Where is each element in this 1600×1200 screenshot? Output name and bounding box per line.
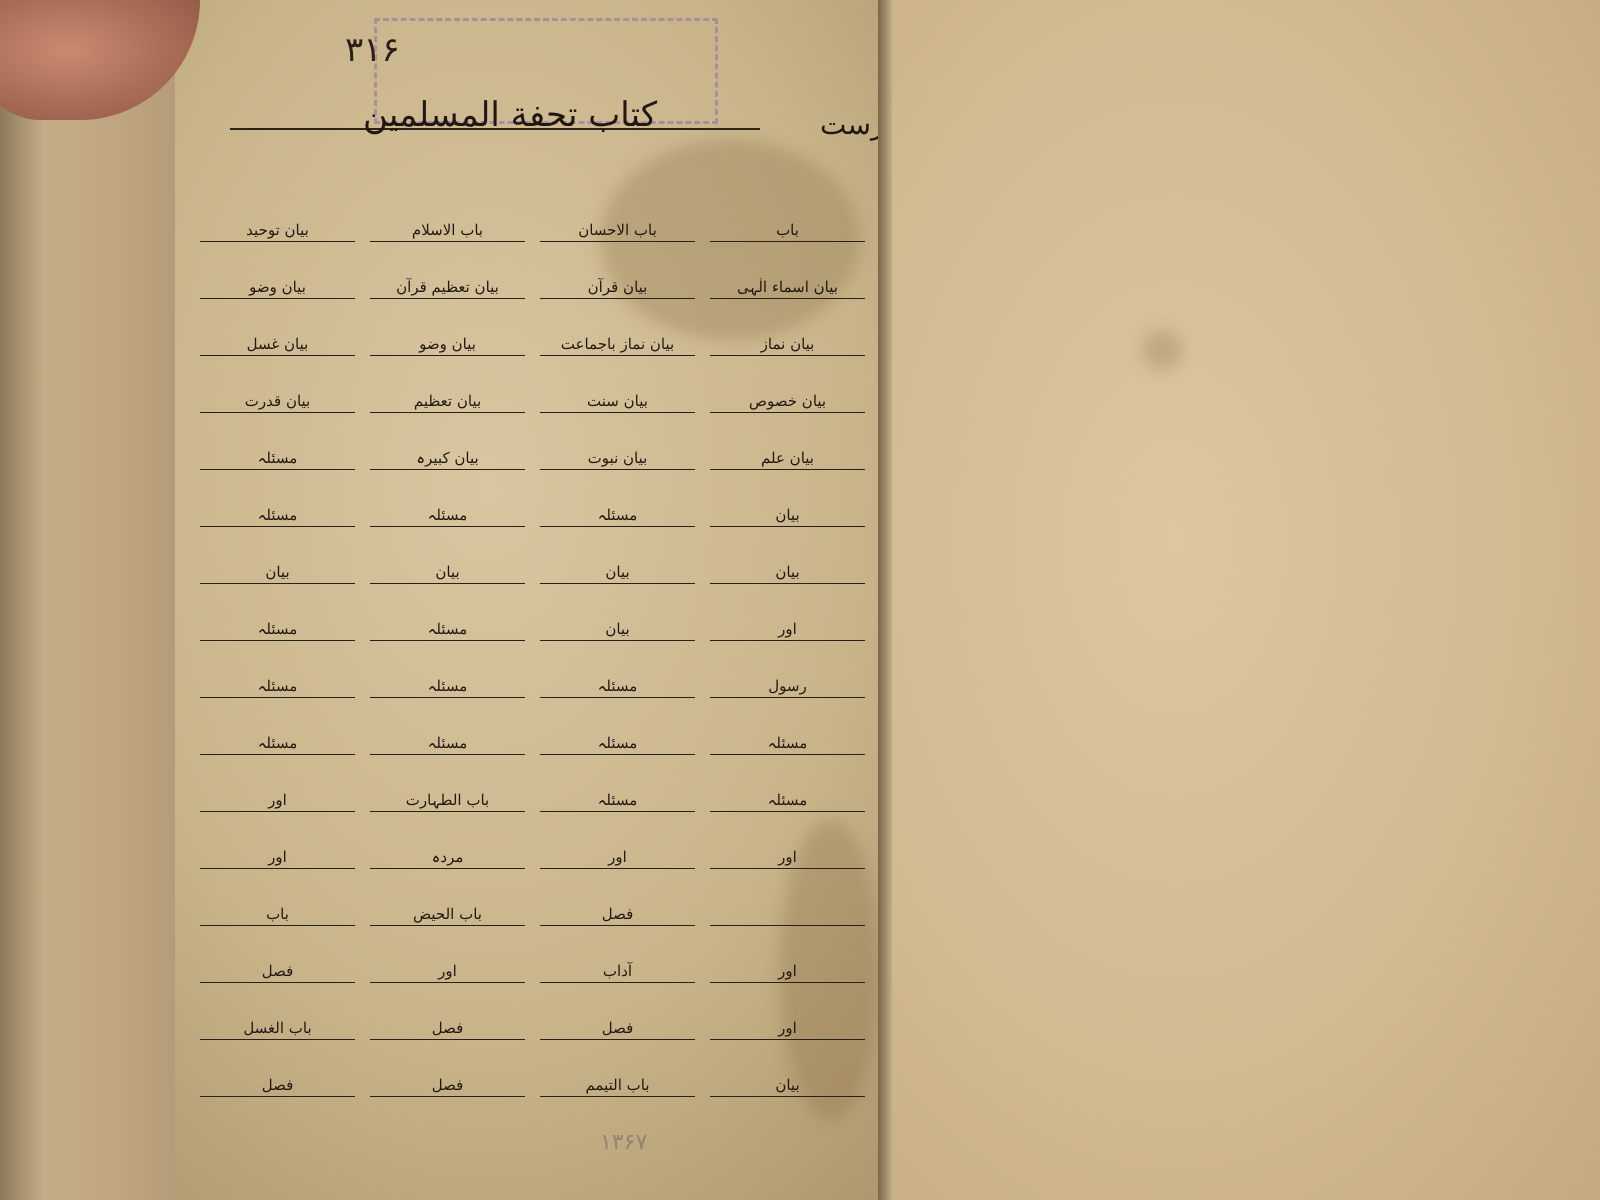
entry-text: باب (776, 221, 799, 239)
toc-entry: ۶بیان نماز (710, 335, 865, 356)
toc-entry: ۲۱فصل (200, 962, 355, 983)
entry-text: مردہ (432, 848, 464, 866)
entry-text: اور (778, 848, 797, 866)
left-page: ۳۱۶ فهرست کتاب تحفة المسلمین باب۳باب الا… (0, 0, 885, 1200)
toc-entry: ۱۶باب الطہارت (370, 791, 525, 812)
toc-entry: اور (710, 848, 865, 869)
toc-row: ۱۴اور۱۴بیان۱۵مسئلہ۱۵مسئلہ (200, 584, 865, 641)
toc-entry: ۱۶اور (200, 791, 355, 812)
toc-entry: ۴باب الاسلام (370, 221, 525, 242)
entry-text: اور (778, 620, 797, 638)
toc-entry: اور (710, 962, 865, 983)
entry-text: اور (778, 1019, 797, 1037)
entry-text: مسئلہ (428, 734, 468, 752)
entry-text: مسئلہ (258, 734, 298, 752)
toc-entry: ۸بیان علم (710, 449, 865, 470)
toc-entry: ۱۷اور (200, 848, 355, 869)
toc-entry: ۳باب الاحسان (540, 221, 695, 242)
entry-text: باب (266, 905, 289, 923)
toc-row: ۱۱بیان۱۲مسئلہ۱۲مسئلہمسئلہ (200, 470, 865, 527)
toc-entry: مسئلہ (200, 506, 355, 527)
toc-entry: ۸بیان کبیرہ (370, 449, 525, 470)
toc-entry: بیان تعظیم (370, 392, 525, 413)
entry-text: بیان وضو (419, 335, 476, 353)
entry-text: مسئلہ (428, 506, 468, 524)
toc-row: ۵بیان اسماء الٰہی۵بیان قرآن۵بیان تعظیم ق… (200, 242, 865, 299)
toc-entry: ۱۵مسئلہ (710, 791, 865, 812)
entry-text: مسئلہ (428, 620, 468, 638)
toc-row: ۱۵رسول۱۵مسئلہمسئلہ۱۵مسئلہ (200, 641, 865, 698)
entry-text: رسول (768, 677, 806, 695)
toc-entry: ۶بیان نماز باجماعت (540, 335, 695, 356)
toc-entry: ۱۵مسئلہ (540, 677, 695, 698)
toc-entry: ۱۸ (710, 923, 865, 926)
entry-text: باب الاحسان (578, 221, 657, 239)
entry-text: بیان کبیرہ (416, 449, 478, 467)
entry-text: بیان (775, 1076, 799, 1094)
entry-text: فصل (602, 905, 634, 923)
entry-text: فصل (602, 1019, 634, 1037)
entry-text: بیان (605, 563, 629, 581)
entry-text: بیان سنت (587, 392, 648, 410)
toc-entry: ۲۱فصل (540, 1019, 695, 1040)
entry-text: مسئلہ (258, 449, 298, 467)
toc-entry: ۲۱اور (710, 1019, 865, 1040)
toc-entry: بیان وضو (200, 278, 355, 299)
toc-entry: ۱۱بیان (710, 506, 865, 527)
entry-text: بیان تعظیم (414, 392, 481, 410)
toc-entry: ۱۴بیان (200, 563, 355, 584)
entry-text: فصل (262, 1076, 294, 1094)
toc-entry: ۱۵رسول (710, 677, 865, 698)
toc-entry: ۱۹باب الحیض (370, 905, 525, 926)
toc-entry: ۱۸فصل (540, 905, 695, 926)
toc-entry: ۱۷مردہ (370, 848, 525, 869)
toc-row: ۱۸۱۸فصل۱۹باب الحیض۱۹باب (200, 869, 865, 926)
toc-entry: ۲۶باب التیمم (540, 1076, 695, 1097)
entry-text: باب الغسل (243, 1019, 311, 1037)
toc-entry: ۱۹باب (200, 905, 355, 926)
entry-text: مسئلہ (598, 506, 638, 524)
toc-row: باب۳باب الاحسان۴باب الاسلام۵بیان توحید (200, 185, 865, 242)
toc-entry: باب (710, 221, 865, 242)
toc-entry: ۱۲مسئلہ (370, 506, 525, 527)
entry-text: بیان تعظیم قرآن (396, 278, 499, 296)
entry-text: بیان نبوت (588, 449, 648, 467)
toc-row: اور۱۷اور۱۷مردہ۱۷اور (200, 812, 865, 869)
toc-entry: ۶بیان وضو (370, 335, 525, 356)
entry-text: بیان توحید (246, 221, 309, 239)
entry-text: بیان علم (761, 449, 814, 467)
toc-row: مسئلہ۱۵مسئلہ۱۵مسئلہمسئلہ (200, 698, 865, 755)
entry-text: اور (608, 848, 627, 866)
book-title: کتاب تحفة المسلمین (250, 95, 770, 135)
toc-entry: ۱۷اور (540, 848, 695, 869)
entry-text: بیان نماز باجماعت (561, 335, 674, 353)
table-of-contents: باب۳باب الاحسان۴باب الاسلام۵بیان توحید۵ب… (200, 185, 865, 1105)
toc-entry: ۶بیان غسل (200, 335, 355, 356)
toc-entry: ۵بیان اسماء الٰہی (710, 278, 865, 299)
toc-entry: ۱۵مسئلہ (370, 734, 525, 755)
spot (1142, 330, 1182, 370)
toc-entry: مسئلہ (370, 677, 525, 698)
entry-text: مسئلہ (258, 506, 298, 524)
manuscript-spread: ۳۱۶ فهرست کتاب تحفة المسلمین باب۳باب الا… (0, 0, 1600, 1200)
toc-entry: بیان (710, 563, 865, 584)
entry-text: مسئلہ (258, 677, 298, 695)
entry-text: باب الحیض (413, 905, 482, 923)
entry-text: بیان قدرت (245, 392, 310, 410)
toc-entry: مسئلہ (200, 734, 355, 755)
entry-text: اور (778, 962, 797, 980)
toc-entry: ۶بیان سنت (540, 392, 695, 413)
entry-text: مسئلہ (598, 734, 638, 752)
entry-text: اور (268, 848, 287, 866)
shelf-mark: ۳۱۶ (345, 30, 400, 70)
toc-entry: بیان (710, 1076, 865, 1097)
entry-text: فصل (432, 1019, 464, 1037)
entry-text: اور (268, 791, 287, 809)
toc-entry: ۲۰آداب (540, 962, 695, 983)
toc-entry: ۸بیان نبوت (540, 449, 695, 470)
entry-text: مسئلہ (598, 791, 638, 809)
toc-row: ۲۱اور۲۱فصل۲۲فصل۲۴باب الغسل (200, 983, 865, 1040)
entry-text: بیان (435, 563, 459, 581)
entry-text: مسئلہ (598, 677, 638, 695)
entry-text: باب الاسلام (412, 221, 483, 239)
toc-entry: ۱۵مسئلہ (370, 620, 525, 641)
toc-row: ۸بیان علم۸بیان نبوت۸بیان کبیرہ۹مسئلہ (200, 413, 865, 470)
right-page (892, 0, 1600, 1200)
toc-entry: ۱۵مسئلہ (540, 734, 695, 755)
toc-entry: ۱۴اور (710, 620, 865, 641)
entry-text: بیان غسل (247, 335, 309, 353)
toc-entry: ۱۵مسئلہ (200, 677, 355, 698)
toc-row: ۶بیان نماز۶بیان نماز باجماعت۶بیان وضو۶بی… (200, 299, 865, 356)
toc-entry: ۲۷فصل (370, 1076, 525, 1097)
toc-entry: ۱۵مسئلہ (540, 791, 695, 812)
toc-row: بیان۲۶باب التیمم۲۷فصل۲۸فصل (200, 1040, 865, 1097)
toc-entry: ۱۲مسئلہ (540, 506, 695, 527)
binding-strip (0, 0, 175, 1200)
toc-entry: ۷بیان قدرت (200, 392, 355, 413)
toc-entry: ۵بیان تعظیم قرآن (370, 278, 525, 299)
entry-text: مسئلہ (768, 734, 808, 752)
entry-text: بیان اسماء الٰہی (737, 278, 838, 296)
entry-text: مسئلہ (768, 791, 808, 809)
toc-entry: مسئلہ (710, 734, 865, 755)
entry-text: باب الطہارت (406, 791, 489, 809)
toc-row: ۶بیان خصوص۶بیان سنتبیان تعظیم۷بیان قدرت (200, 356, 865, 413)
entry-text: بیان وضو (249, 278, 306, 296)
toc-row: اور۲۰آداب۲۰اور۲۱فصل (200, 926, 865, 983)
entry-text: بیان قرآن (588, 278, 648, 296)
toc-entry: ۲۸فصل (200, 1076, 355, 1097)
entry-text: بیان (775, 506, 799, 524)
entry-text: مسئلہ (428, 677, 468, 695)
toc-entry: ۲۰اور (370, 962, 525, 983)
toc-row: بیان۱۳بیان۱۳بیان۱۴بیان (200, 527, 865, 584)
entry-text: مسئلہ (258, 620, 298, 638)
toc-entry: ۲۴باب الغسل (200, 1019, 355, 1040)
toc-entry: ۵بیان توحید (200, 221, 355, 242)
toc-entry: ۲۲فصل (370, 1019, 525, 1040)
entry-text: بیان (265, 563, 289, 581)
toc-entry: ۹مسئلہ (200, 449, 355, 470)
entry-text: بیان (605, 620, 629, 638)
toc-entry: ۱۳بیان (370, 563, 525, 584)
entry-text: اور (438, 962, 457, 980)
entry-text: بیان نماز (761, 335, 815, 353)
faint-number: ۱۳۶۷ (600, 1130, 647, 1155)
toc-entry: ۱۳بیان (540, 563, 695, 584)
entry-text: آداب (603, 962, 632, 980)
entry-text: باب التیمم (585, 1076, 649, 1094)
entry-text: فصل (432, 1076, 464, 1094)
toc-entry: ۶بیان خصوص (710, 392, 865, 413)
entry-text: بیان خصوص (749, 392, 826, 410)
toc-entry: ۱۴بیان (540, 620, 695, 641)
entry-text: فصل (262, 962, 294, 980)
toc-row: ۱۵مسئلہ۱۵مسئلہ۱۶باب الطہارت۱۶اور (200, 755, 865, 812)
toc-entry: ۵بیان قرآن (540, 278, 695, 299)
toc-entry: ۱۵مسئلہ (200, 620, 355, 641)
entry-text: بیان (775, 563, 799, 581)
